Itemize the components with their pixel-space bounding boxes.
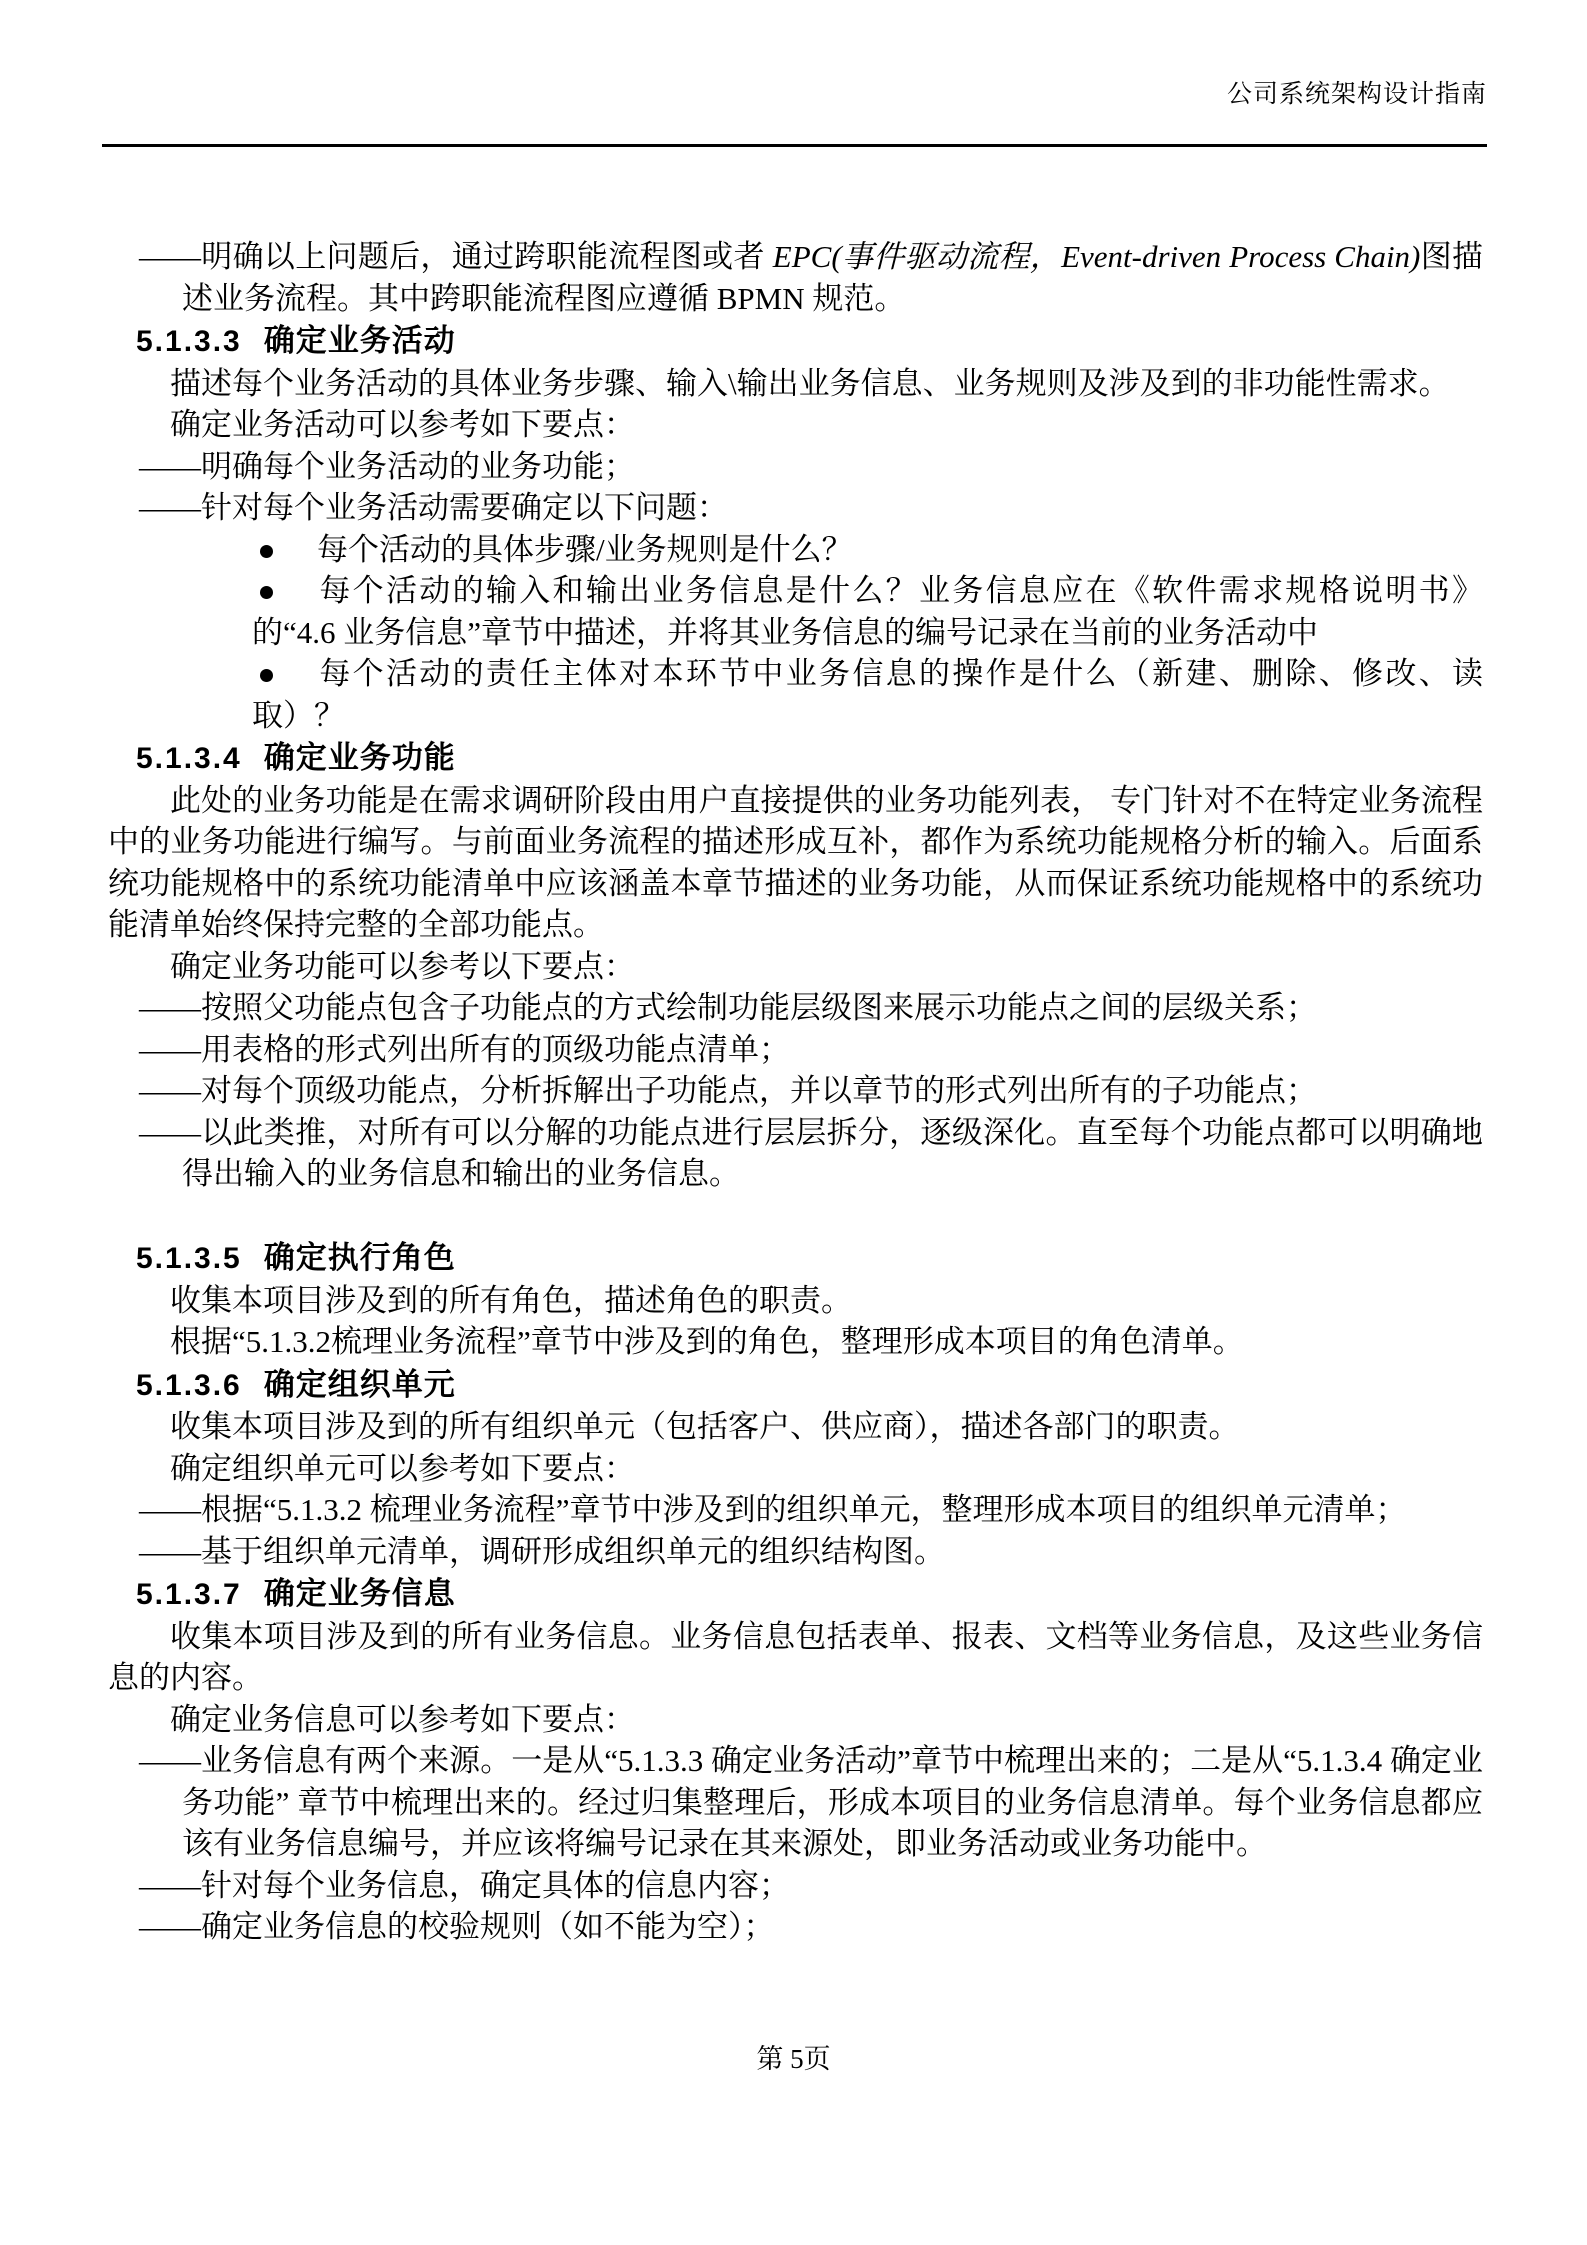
- intro-text-italic: EPC(事件驱动流程，Event-driven Process Chain): [773, 239, 1421, 274]
- dash-paragraph: ——按照父功能点包含子功能点的方式绘制功能层级图来展示功能点之间的层级关系；: [108, 987, 1483, 1029]
- section-title: 确定业务活动: [264, 323, 456, 358]
- document-body: ——明确以上问题后，通过跨职能流程图或者 EPC(事件驱动流程，Event-dr…: [108, 236, 1483, 1948]
- section-title: 确定业务功能: [264, 740, 456, 775]
- paragraph: 确定组织单元可以参考如下要点：: [108, 1448, 1483, 1490]
- section-5-1-3-3: 5.1.3.3确定业务活动 描述每个业务活动的具体业务步骤、输入\输出业务信息、…: [108, 319, 1483, 736]
- section-heading: 5.1.3.3确定业务活动: [136, 319, 1483, 363]
- bullet-icon: [260, 545, 273, 558]
- page-footer: 第 5页: [0, 2042, 1587, 2076]
- page-header: 公司系统架构设计指南: [102, 0, 1487, 147]
- section-number: 5.1.3.7: [136, 1578, 242, 1611]
- header-title: 公司系统架构设计指南: [102, 80, 1487, 110]
- section-5-1-3-6: 5.1.3.6确定组织单元 收集本项目涉及到的所有组织单元（包括客户、供应商），…: [108, 1363, 1483, 1573]
- bullet-text: 每个活动的责任主体对本环节中业务信息的操作是什么（新建、删除、修改、读取）？: [252, 656, 1483, 733]
- dash-paragraph: ——确定业务信息的校验规则（如不能为空）；: [108, 1906, 1483, 1948]
- paragraph: 收集本项目涉及到的所有角色，描述角色的职责。: [108, 1280, 1483, 1322]
- section-heading: 5.1.3.5确定执行角色: [136, 1236, 1483, 1280]
- section-5-1-3-4: 5.1.3.4确定业务功能 此处的业务功能是在需求调研阶段由用户直接提供的业务功…: [108, 736, 1483, 1195]
- section-number: 5.1.3.6: [136, 1369, 242, 1402]
- paragraph: 根据“5.1.3.2梳理业务流程”章节中涉及到的角色，整理形成本项目的角色清单。: [108, 1321, 1483, 1363]
- page-number: 第 5页: [756, 2044, 830, 2074]
- section-number: 5.1.3.3: [136, 325, 242, 358]
- document-page: 公司系统架构设计指南 ——明确以上问题后，通过跨职能流程图或者 EPC(事件驱动…: [0, 0, 1587, 2245]
- intro-text-prefix: ——明确以上问题后，通过跨职能流程图或者: [139, 239, 773, 274]
- section-heading: 5.1.3.7确定业务信息: [136, 1572, 1483, 1616]
- bullet-text: 每个活动的输入和输出业务信息是什么？业务信息应在《软件需求规格说明书》的“4.6…: [252, 573, 1483, 650]
- paragraph: 收集本项目涉及到的所有组织单元（包括客户、供应商），描述各部门的职责。: [108, 1406, 1483, 1448]
- section-5-1-3-5: 5.1.3.5确定执行角色 收集本项目涉及到的所有角色，描述角色的职责。 根据“…: [108, 1236, 1483, 1363]
- section-5-1-3-7: 5.1.3.7确定业务信息 收集本项目涉及到的所有业务信息。业务信息包括表单、报…: [108, 1572, 1483, 1948]
- dash-paragraph: ——用表格的形式列出所有的顶级功能点清单；: [108, 1029, 1483, 1071]
- dash-paragraph: ——根据“5.1.3.2 梳理业务流程”章节中涉及到的组织单元，整理形成本项目的…: [108, 1489, 1483, 1531]
- section-title: 确定组织单元: [264, 1367, 456, 1402]
- paragraph: 确定业务功能可以参考以下要点：: [108, 946, 1483, 988]
- dash-paragraph: ——以此类推，对所有可以分解的功能点进行层层拆分，逐级深化。直至每个功能点都可以…: [108, 1112, 1483, 1195]
- bullet-icon: [260, 669, 273, 682]
- bullet-item: 每个活动的输入和输出业务信息是什么？业务信息应在《软件需求规格说明书》的“4.6…: [108, 570, 1483, 653]
- section-title: 确定执行角色: [264, 1240, 456, 1275]
- paragraph: 此处的业务功能是在需求调研阶段由用户直接提供的业务功能列表， 专门针对不在特定业…: [108, 780, 1483, 946]
- dash-paragraph: ——对每个顶级功能点，分析拆解出子功能点，并以章节的形式列出所有的子功能点；: [108, 1070, 1483, 1112]
- section-number: 5.1.3.5: [136, 1242, 242, 1275]
- section-heading: 5.1.3.4确定业务功能: [136, 736, 1483, 780]
- section-number: 5.1.3.4: [136, 742, 242, 775]
- bullet-text: 每个活动的具体步骤/业务规则是什么？: [317, 532, 853, 567]
- section-title: 确定业务信息: [264, 1576, 456, 1611]
- section-heading: 5.1.3.6确定组织单元: [136, 1363, 1483, 1407]
- paragraph: 确定业务信息可以参考如下要点：: [108, 1699, 1483, 1741]
- paragraph: 收集本项目涉及到的所有业务信息。业务信息包括表单、报表、文档等业务信息，及这些业…: [108, 1616, 1483, 1699]
- paragraph: 描述每个业务活动的具体业务步骤、输入\输出业务信息、业务规则及涉及到的非功能性需…: [108, 363, 1483, 405]
- header-rule: [102, 144, 1487, 147]
- dash-paragraph: ——明确每个业务活动的业务功能；: [108, 446, 1483, 488]
- bullet-item: 每个活动的具体步骤/业务规则是什么？: [108, 529, 1483, 571]
- bullet-item: 每个活动的责任主体对本环节中业务信息的操作是什么（新建、删除、修改、读取）？: [108, 653, 1483, 736]
- dash-paragraph: ——针对每个业务活动需要确定以下问题：: [108, 487, 1483, 529]
- dash-paragraph-intro: ——明确以上问题后，通过跨职能流程图或者 EPC(事件驱动流程，Event-dr…: [108, 236, 1483, 319]
- dash-paragraph: ——业务信息有两个来源。一是从“5.1.3.3 确定业务活动”章节中梳理出来的；…: [108, 1740, 1483, 1865]
- dash-paragraph: ——基于组织单元清单，调研形成组织单元的组织结构图。: [108, 1531, 1483, 1573]
- paragraph: 确定业务活动可以参考如下要点：: [108, 404, 1483, 446]
- dash-paragraph: ——针对每个业务信息，确定具体的信息内容；: [108, 1865, 1483, 1907]
- bullet-icon: [260, 586, 273, 599]
